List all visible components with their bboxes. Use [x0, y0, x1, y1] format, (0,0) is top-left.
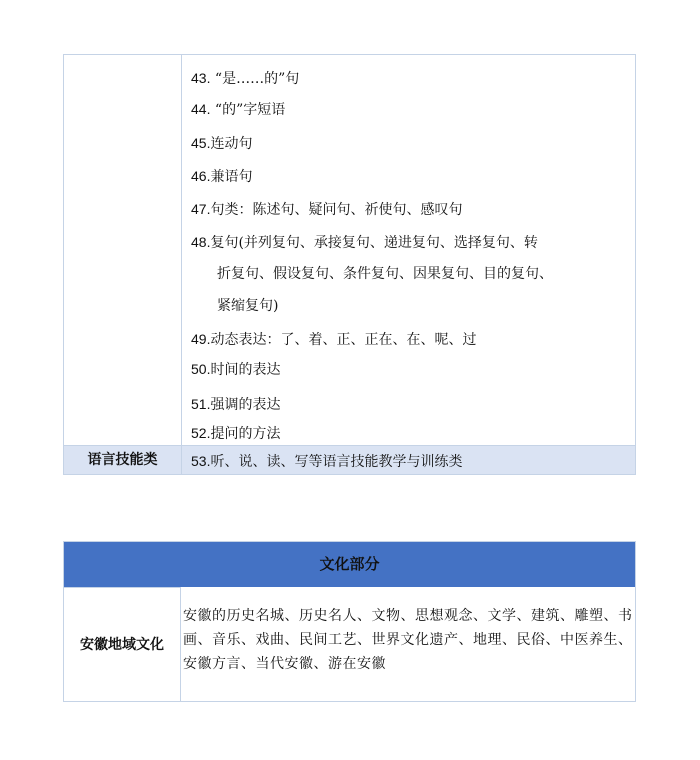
list-item: 51.强调的表达: [191, 395, 280, 414]
section-header: 文化部分: [64, 542, 635, 587]
list-item: 52.提问的方法: [191, 424, 280, 443]
culture-content: 安徽的历史名城、历史名人、文物、思想观念、文学、建筑、雕塑、书画、音乐、戏曲、民…: [183, 604, 635, 676]
category-label: 语言技能类: [64, 446, 182, 474]
list-item: 50.时间的表达: [191, 360, 280, 379]
list-item: 46.兼语句: [191, 167, 252, 186]
list-item: 48.复句(并列复句、承接复句、递进复句、选择复句、转: [191, 233, 538, 252]
list-item-continuation: 折复句、假设复句、条件复句、因果复句、目的复句、: [217, 265, 553, 283]
list-item: 45.连动句: [191, 134, 252, 153]
skill-row: 语言技能类 53.听、说、读、写等语言技能教学与训练类: [64, 445, 635, 474]
list-item: 43. “是……的”句: [191, 69, 299, 88]
culture-table: 文化部分 安徽地域文化 安徽的历史名城、历史名人、文物、思想观念、文学、建筑、雕…: [63, 541, 636, 702]
list-item: 44. “的”字短语: [191, 100, 285, 119]
category-cell-empty: [64, 55, 182, 445]
grammar-table: 43. “是……的”句 44. “的”字短语 45.连动句 46.兼语句 47.…: [63, 54, 636, 475]
skill-item: 53.听、说、读、写等语言技能教学与训练类: [191, 446, 462, 477]
list-item-continuation: 紧缩复句): [217, 297, 278, 315]
list-item: 47.句类：陈述句、疑问句、祈使句、感叹句: [191, 200, 462, 219]
category-label: 安徽地域文化: [64, 587, 181, 701]
list-item: 49.动态表达：了、着、正、正在、在、呢、过: [191, 330, 476, 349]
